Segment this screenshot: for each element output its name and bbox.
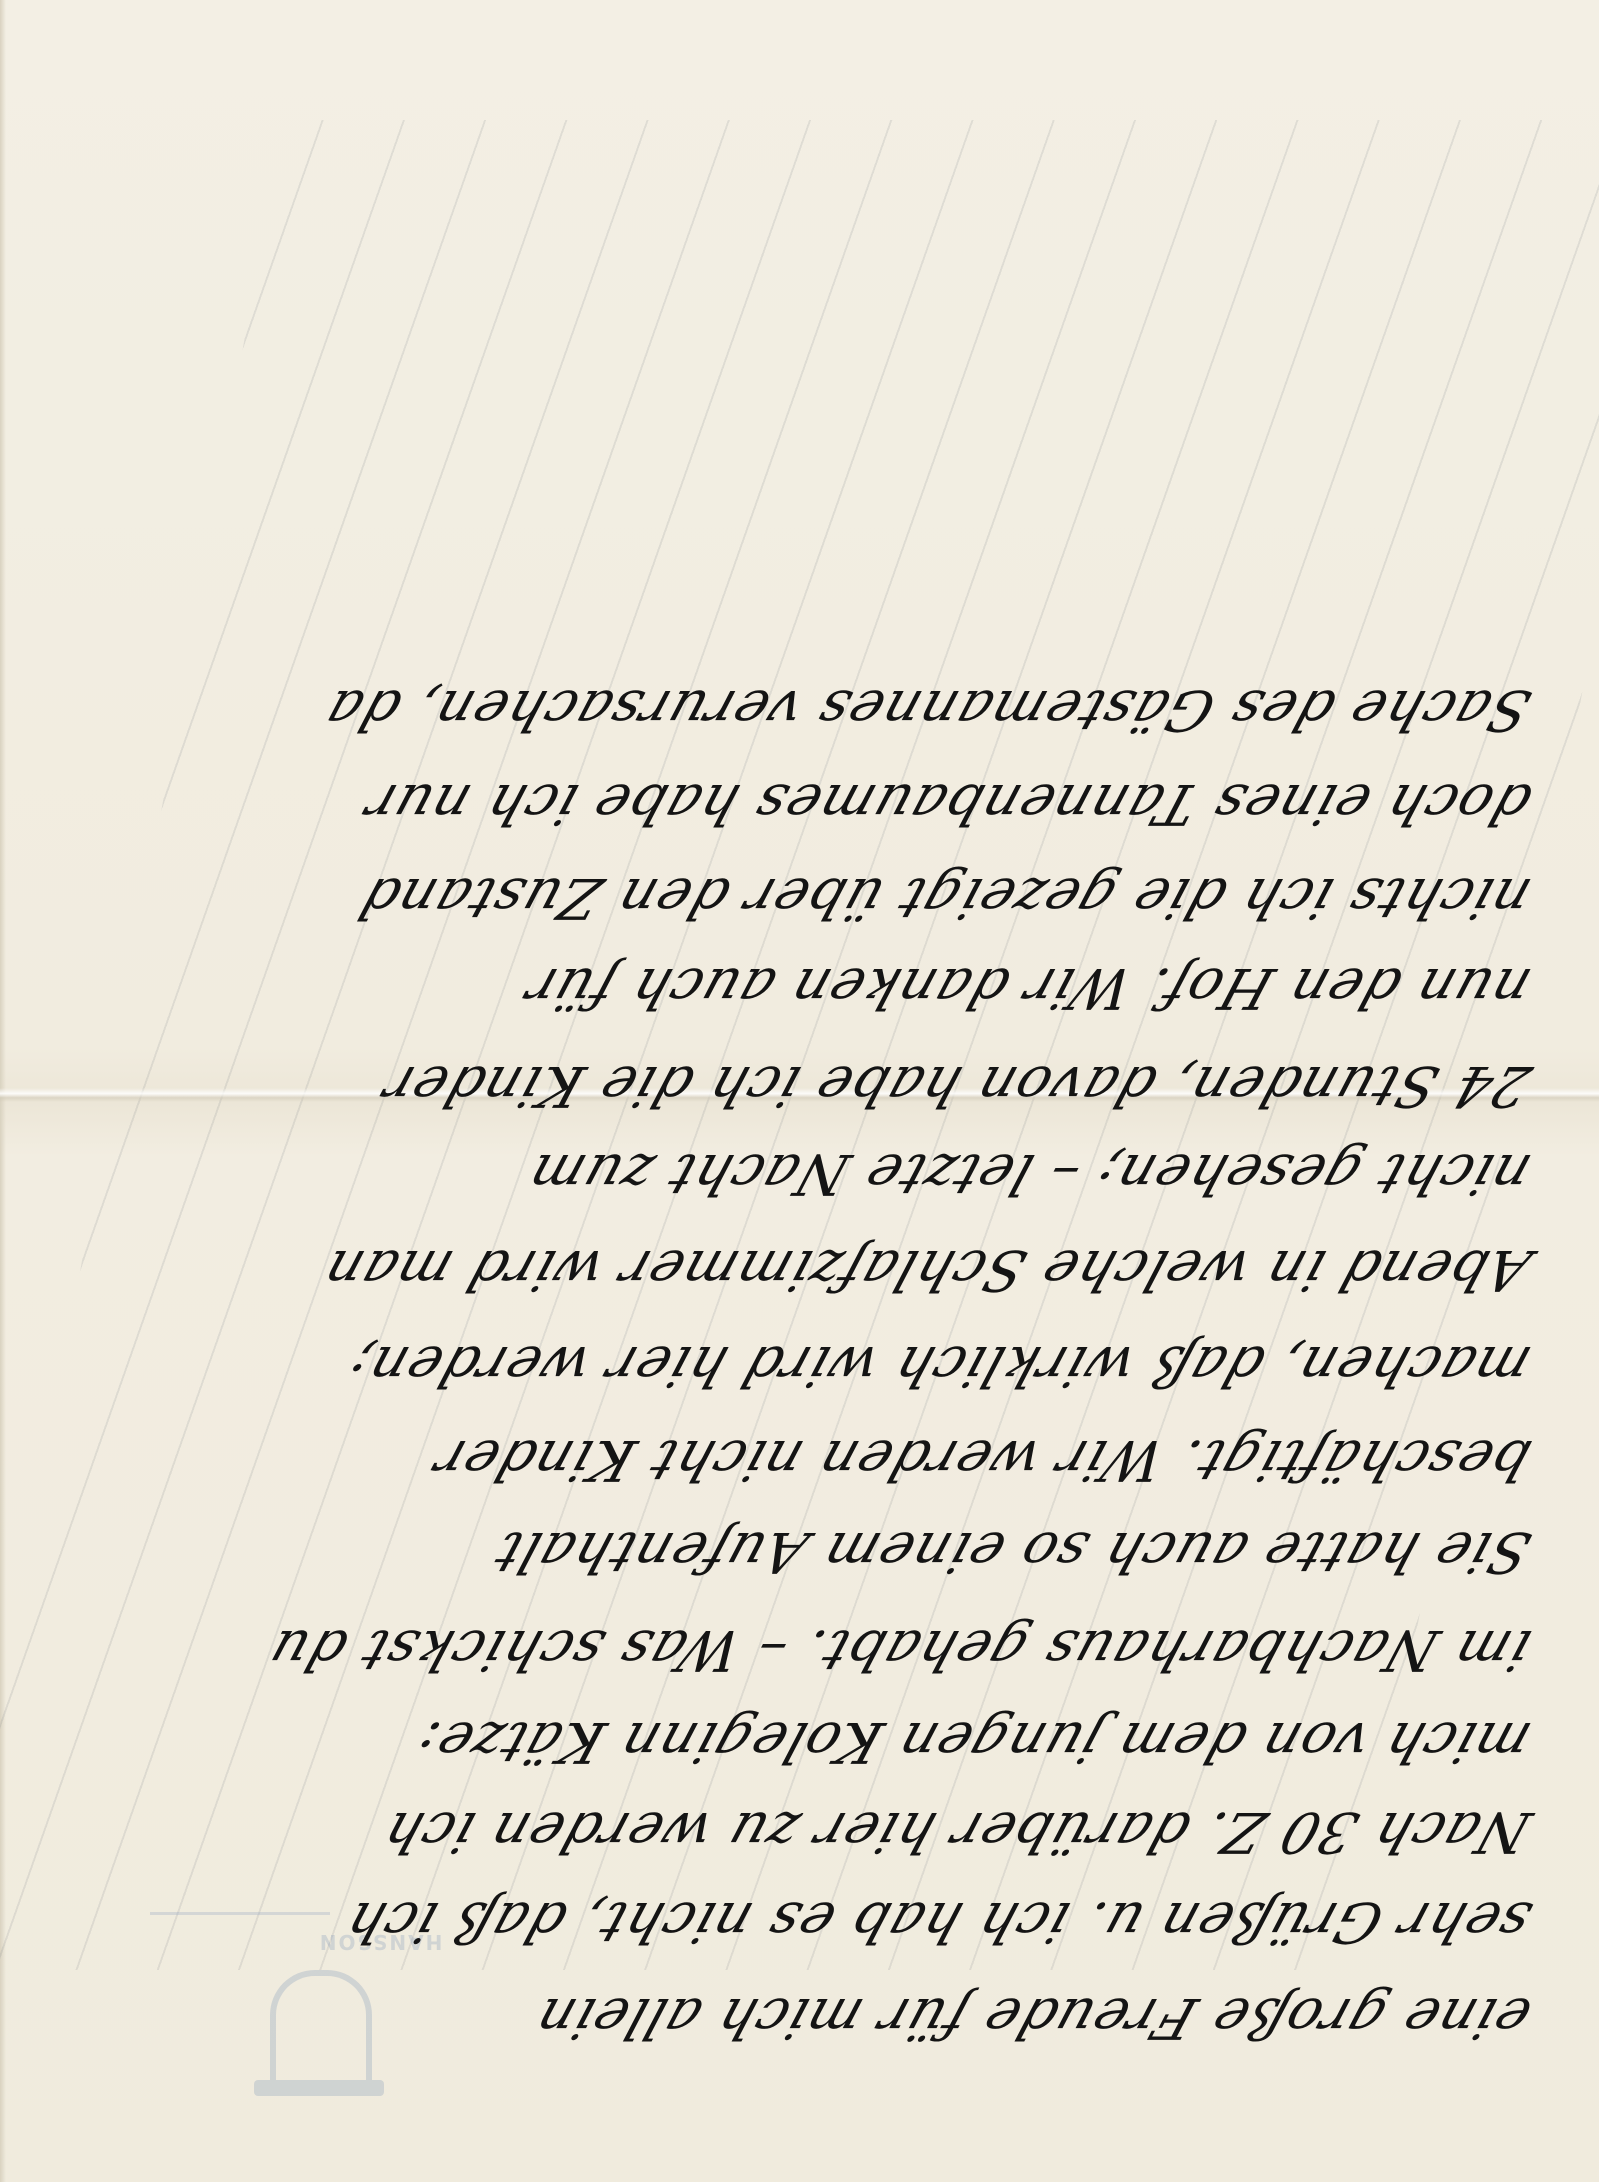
letter-line: Abend in welche Schlafzimmer wird man bbox=[315, 1237, 1539, 1302]
letter-line: Sache des Gästemannes verursachen, da bbox=[316, 677, 1539, 742]
letter-line: nichts ich die gezeigt über den Zustand bbox=[351, 865, 1539, 930]
handwriting-layer: eine große Freude für mich allein sehr G… bbox=[0, 0, 1599, 2182]
letter-line: mich von dem jungen Koleginn Kätze: bbox=[407, 1709, 1539, 1774]
letter-line: doch eines Tannenbaumes habe ich nur bbox=[356, 771, 1539, 836]
letter-line: eine große Freude für mich allein bbox=[527, 1985, 1539, 2050]
letter-line: im Nachbarhaus gehabt. – Was schickst du bbox=[260, 1617, 1539, 1682]
letter-line: Sie hatte auch so einem Aufenthalt bbox=[486, 1519, 1539, 1584]
letter-line: 24 Stunden, davon habe ich die Kinder bbox=[374, 1053, 1539, 1118]
letter-line: machen, daß wirklich wird hier werden; bbox=[339, 1333, 1539, 1398]
letter-line: Nach 30 Z. darüber hier zu werden ich bbox=[374, 1799, 1539, 1864]
letter-line: nicht gesehen; – letzte Nacht zum bbox=[519, 1141, 1539, 1206]
letter-line: nun den Hof. Wir danken auch für bbox=[517, 955, 1539, 1020]
letter-line: beschäftigt. Wir werden nicht Kinder bbox=[425, 1427, 1539, 1492]
letter-line: sehr Grüßen u. ich hab es nicht, daß ich bbox=[336, 1889, 1539, 1954]
letter-page: HANSSON eine große Freude für mich allei… bbox=[0, 0, 1599, 2182]
